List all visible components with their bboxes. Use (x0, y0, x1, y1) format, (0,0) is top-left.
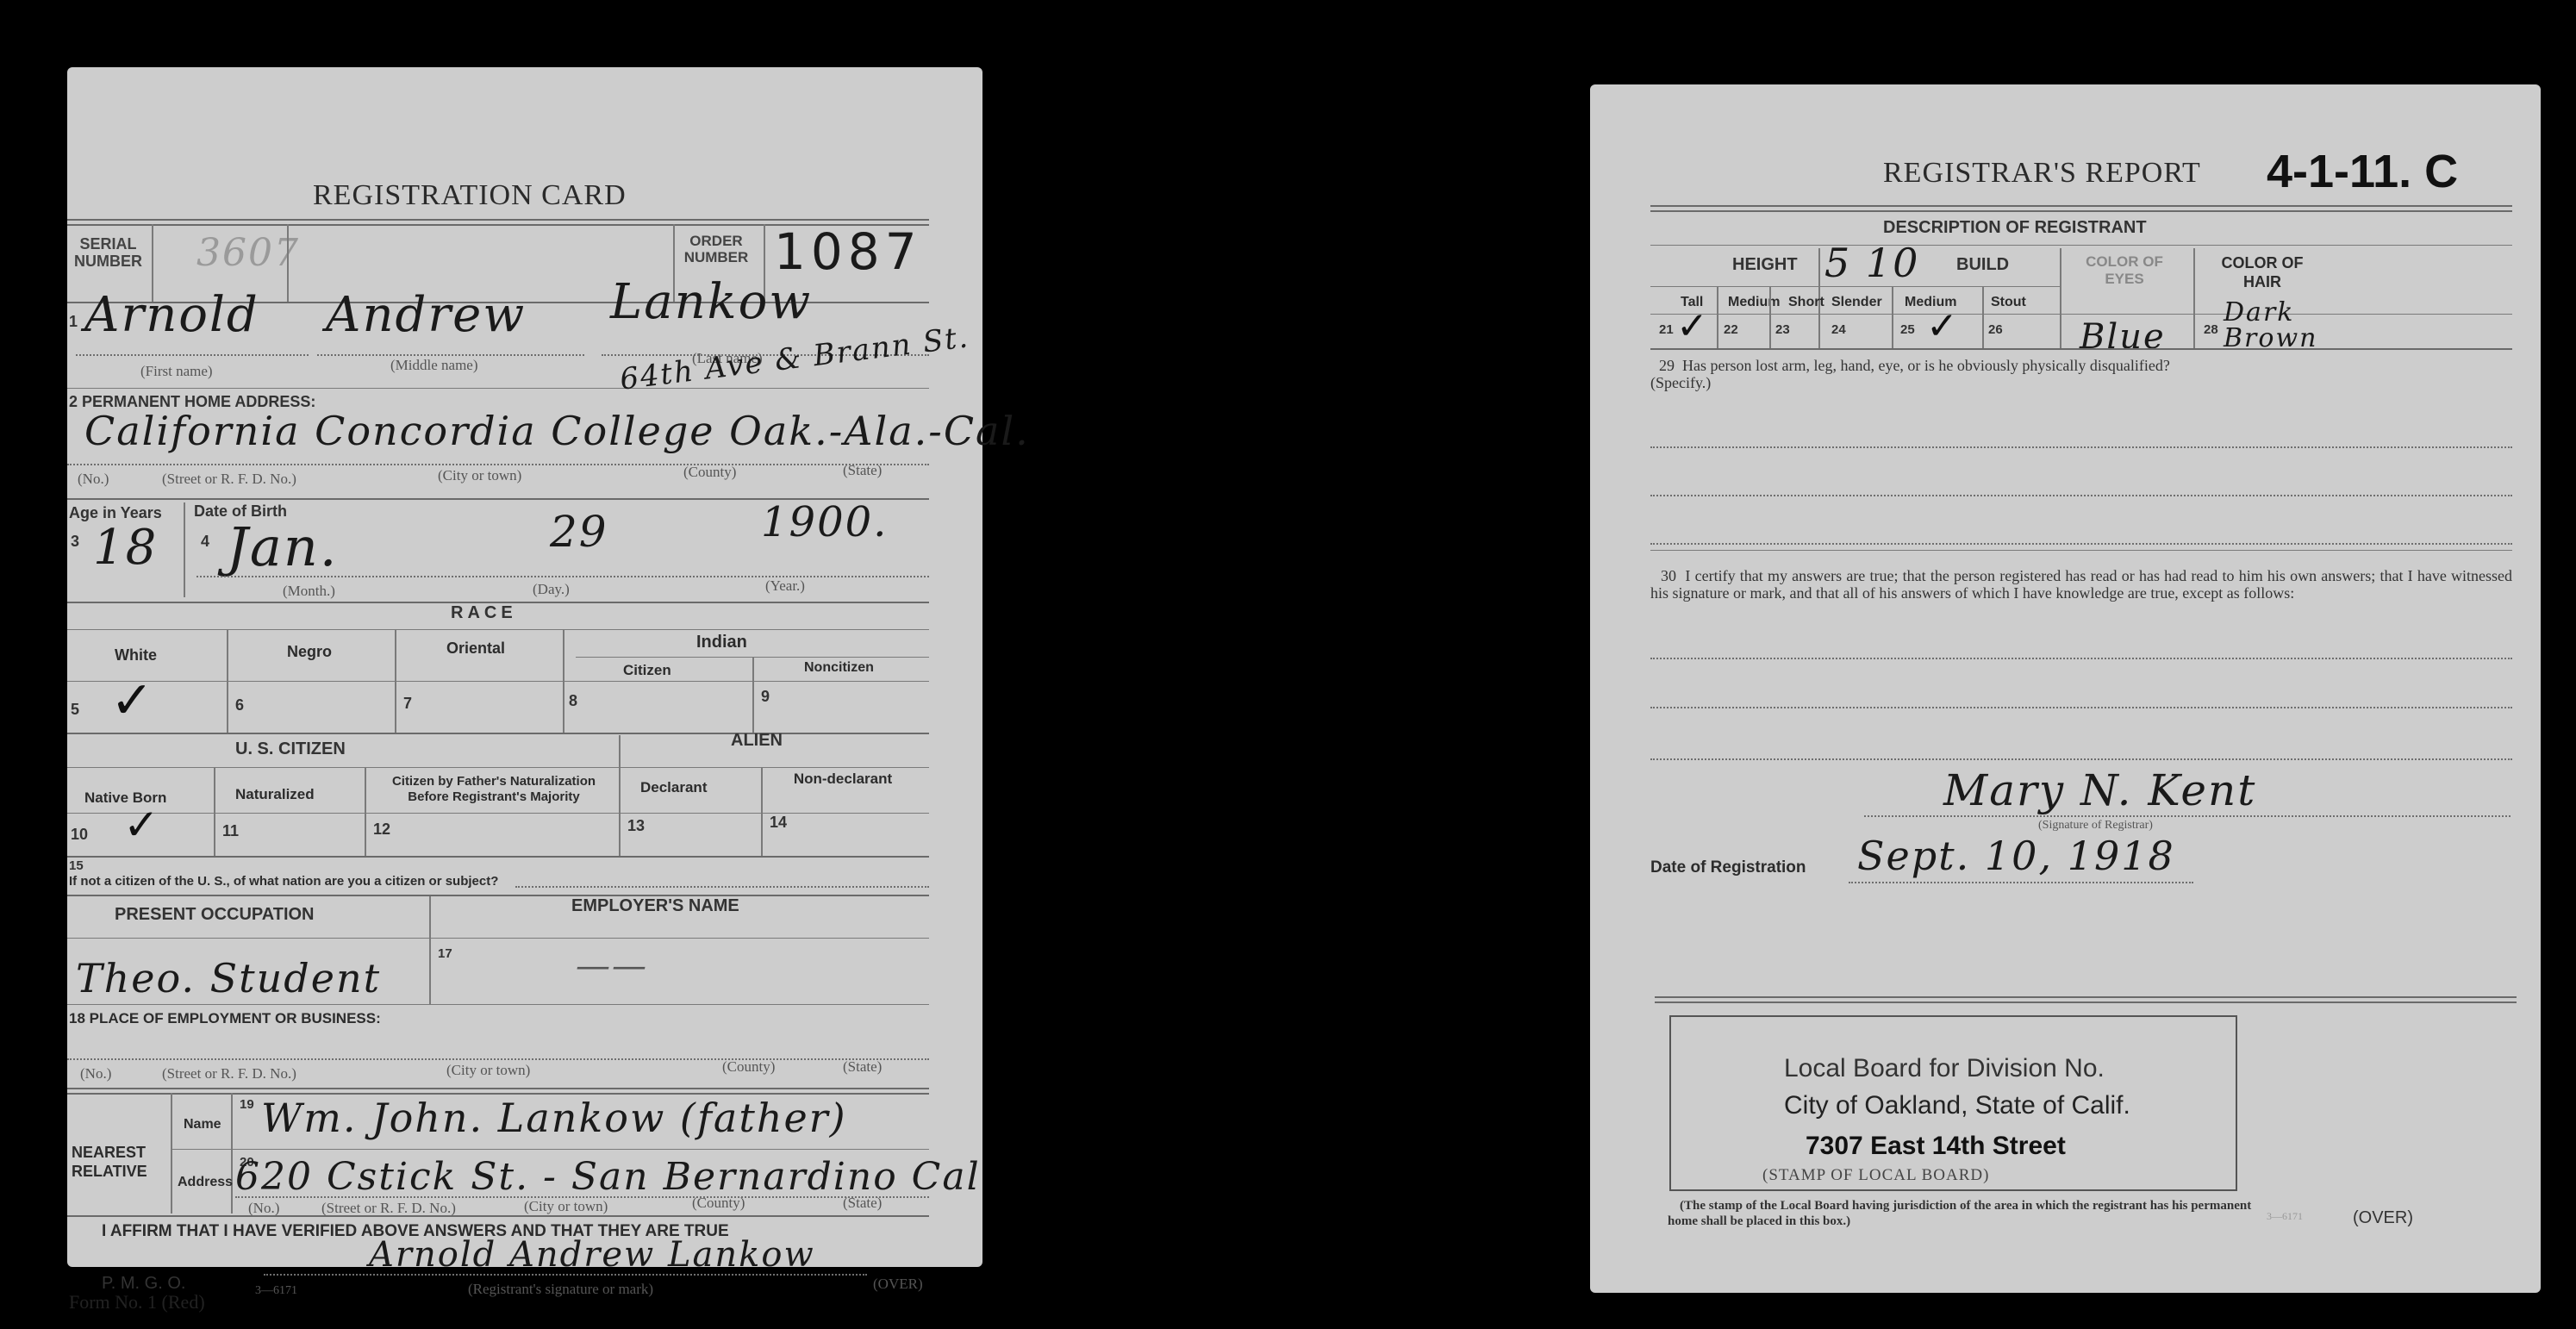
field-number: 15 (69, 858, 84, 873)
employer-value: —— (576, 946, 648, 986)
place-of-employment-label: 18 PLACE OF EMPLOYMENT OR BUSINESS: (69, 1010, 381, 1027)
specify-label: (Specify.) (1650, 374, 1711, 392)
divider (171, 1093, 172, 1214)
order-number-value: 1087 (774, 222, 922, 281)
race-white-label: White (115, 646, 157, 664)
employment-caption-state: (State) (843, 1058, 882, 1076)
divider (1650, 658, 2512, 659)
nation-question: If not a citizen of the U. S., of what n… (69, 874, 498, 889)
divider (67, 813, 929, 814)
divider (67, 938, 929, 939)
divider (1769, 286, 1771, 348)
relative-name: Wm. John. Lankow (father) (261, 1095, 847, 1141)
race-white-checkbox[interactable]: ✓ (110, 671, 153, 731)
employment-caption-street: (Street or R. F. D. No.) (162, 1065, 296, 1083)
report-title: REGISTRAR'S REPORT (1883, 157, 2201, 190)
month-caption: (Month.) (283, 583, 335, 600)
height-tall-checkbox[interactable]: ✓ (1676, 304, 1708, 348)
divider (67, 464, 929, 465)
address-caption-no: (No.) (78, 471, 109, 488)
relative-caption-no: (No.) (248, 1200, 279, 1217)
height-short-label: Short (1788, 295, 1824, 310)
hair-color-value: Dark Brown (2224, 300, 2292, 352)
divider (214, 767, 215, 856)
divider (1982, 286, 1984, 348)
occupation-label: PRESENT OCCUPATION (115, 905, 315, 925)
race-heading: RACE (451, 603, 517, 623)
stamp-line-2: City of Oakland, State of Calif. (1784, 1091, 2130, 1120)
serial-number-label: SERIAL NUMBER (67, 235, 149, 270)
form-number: Form No. 1 (Red) (69, 1291, 205, 1313)
over-label: (OVER) (873, 1276, 923, 1293)
report-code: 4-1-11. C (2267, 145, 2458, 198)
registrars-report-card: REGISTRAR'S REPORT 4-1-11. C DESCRIPTION… (1590, 84, 2541, 1293)
field-number: 6 (235, 696, 244, 714)
order-number-label: ORDER NUMBER (677, 233, 755, 265)
field-number: 22 (1724, 322, 1738, 337)
field-number: 19 (240, 1097, 254, 1112)
divider (1650, 348, 2512, 350)
alien-heading: ALIEN (731, 731, 783, 751)
non-declarant-label: Non-declarant (783, 771, 903, 788)
divider (1717, 286, 1718, 348)
divider (231, 1093, 233, 1214)
race-oriental-label: Oriental (446, 640, 505, 658)
divider (1892, 286, 1893, 348)
employment-caption-no: (No.) (80, 1065, 111, 1083)
field-number: 29 (1659, 357, 1675, 374)
relative-caption-county: (County) (692, 1195, 745, 1212)
question-30-text: I certify that my answers are true; that… (1650, 567, 2512, 602)
relative-caption-street: (Street or R. F. D. No.) (321, 1200, 456, 1217)
divider (67, 1058, 929, 1060)
divider (1650, 543, 2512, 545)
divider (67, 681, 929, 682)
description-heading: DESCRIPTION OF REGISTRANT (1883, 218, 2147, 238)
question-29: 29 Has person lost arm, leg, hand, eye, … (1659, 357, 2170, 375)
divider (67, 629, 929, 630)
field-number: 9 (761, 688, 770, 706)
divider (1650, 446, 2512, 448)
divider (184, 502, 185, 597)
year-caption: (Year.) (765, 577, 805, 595)
question-29-text: Has person lost arm, leg, hand, eye, or … (1682, 357, 2170, 374)
divider (1650, 707, 2512, 708)
divider (67, 388, 929, 389)
divider (619, 735, 621, 856)
divider (429, 896, 431, 1004)
eye-color-value: Blue (2080, 317, 2166, 357)
divider (67, 856, 929, 858)
field-number: 10 (71, 826, 88, 844)
divider (196, 576, 929, 577)
relative-address: 620 Cstick St. - San Bernardino Cal (235, 1155, 981, 1199)
divider (515, 886, 929, 888)
divider (67, 1004, 929, 1005)
divider (317, 354, 584, 356)
divider (761, 767, 763, 856)
divider (264, 1274, 867, 1276)
field-number: 4 (201, 533, 209, 551)
divider (1650, 758, 2512, 760)
day-caption: (Day.) (533, 581, 570, 598)
field-number: 26 (1988, 322, 2003, 337)
height-medium-label: Medium (1728, 295, 1780, 310)
field-number: 28 (2204, 322, 2218, 337)
registrar-signature: Mary N. Kent (1943, 765, 2256, 815)
field-number: 17 (438, 946, 452, 961)
build-label: BUILD (1956, 255, 2009, 275)
address-caption-county: (County) (683, 464, 736, 481)
divider (1650, 550, 2512, 551)
field-number: 5 (71, 701, 79, 719)
race-indian-noncitizen-label: Noncitizen (804, 660, 874, 676)
build-slender-label: Slender (1831, 295, 1882, 310)
us-citizen-heading: U. S. CITIZEN (235, 739, 346, 759)
signature-caption: (Registrant's signature or mark) (468, 1281, 653, 1298)
build-medium-checkbox[interactable]: ✓ (1926, 304, 1958, 348)
card-title: REGISTRATION CARD (313, 179, 627, 212)
divider (67, 1088, 929, 1095)
build-stout-label: Stout (1991, 295, 2026, 310)
divider (1650, 286, 2060, 287)
serial-number-value: 3607 (196, 231, 300, 275)
last-name: Lankow (610, 274, 812, 330)
registrant-signature: Arnold Andrew Lankow (369, 1235, 815, 1275)
stamp-line-1: Local Board for Division No. (1784, 1054, 2105, 1083)
divider (287, 224, 289, 302)
height-label: HEIGHT (1732, 255, 1798, 275)
address-caption-state: (State) (843, 462, 882, 479)
field-number: 23 (1775, 322, 1790, 337)
divider (76, 354, 309, 356)
relative-address-label: Address (178, 1175, 233, 1190)
home-address-line2: California Concordia College Oak.-Ala.-C… (84, 408, 1030, 454)
declarant-label: Declarant (640, 779, 707, 796)
field-number: 3 (71, 533, 79, 551)
divider (1655, 996, 2517, 1003)
native-born-checkbox[interactable]: ✓ (123, 800, 159, 850)
divider (1650, 205, 2512, 212)
stamp-line-3: 7307 East 14th Street (1806, 1132, 2066, 1161)
home-address-line1: 64th Ave & Brann St. (618, 320, 971, 396)
race-indian-citizen-label: Citizen (623, 662, 671, 679)
birth-day: 29 (550, 507, 608, 557)
field-number: 11 (222, 822, 239, 840)
registration-card: REGISTRATION CARD SERIAL NUMBER 3607 ORD… (67, 67, 982, 1267)
hair-color-label: COLOR OF HAIR (2206, 253, 2318, 291)
race-negro-label: Negro (287, 643, 332, 661)
address-caption-city: (City or town) (438, 467, 521, 484)
eye-color-label: COLOR OF EYES (2073, 253, 2176, 288)
divider (171, 1149, 929, 1150)
registrar-signature-caption: (Signature of Registrar) (2038, 819, 2153, 833)
divider (2193, 248, 2195, 348)
birth-month: Jan. (227, 515, 338, 578)
age-value: 18 (93, 520, 158, 576)
print-code: 3—6171 (2267, 1210, 2303, 1223)
first-name-caption: (First name) (140, 363, 213, 380)
divider (67, 1215, 929, 1217)
divider (1650, 314, 2512, 315)
field-number: 14 (770, 814, 787, 832)
citizen-by-father-label: Citizen by Father's Naturalization Befor… (377, 774, 610, 805)
employment-caption-county: (County) (722, 1058, 775, 1076)
relative-caption-state: (State) (843, 1195, 882, 1212)
stamp-caption: (STAMP OF LOCAL BOARD) (1762, 1166, 1989, 1185)
divider (1650, 495, 2512, 496)
field-number: 12 (373, 820, 390, 839)
field-number: 8 (569, 692, 577, 710)
field-number: 25 (1900, 322, 1915, 337)
divider (67, 895, 929, 896)
first-name: Arnold (84, 287, 259, 343)
divider (1849, 882, 2193, 883)
employment-caption-city: (City or town) (446, 1062, 530, 1079)
question-30: 30 I certify that my answers are true; t… (1650, 567, 2512, 602)
indian-heading: Indian (696, 633, 747, 652)
divider (2060, 248, 2061, 348)
divider (365, 767, 366, 856)
relative-name-label: Name (184, 1117, 221, 1132)
over-label: (OVER) (2353, 1208, 2413, 1228)
middle-name: Andrew (326, 287, 526, 343)
nearest-relative-label: NEAREST RELATIVE (72, 1143, 166, 1181)
naturalized-label: Naturalized (235, 786, 315, 803)
divider (67, 767, 929, 768)
middle-name-caption: (Middle name) (390, 357, 478, 374)
occupation-value: Theo. Student (76, 955, 381, 1001)
height-value: 5 10 (1824, 240, 1919, 286)
field-number: 24 (1831, 322, 1846, 337)
divider (1650, 245, 2512, 246)
field-number: 21 (1659, 322, 1674, 337)
address-caption-street: (Street or R. F. D. No.) (162, 471, 296, 488)
field-number: 13 (627, 817, 645, 835)
date-of-registration-value: Sept. 10, 1918 (1857, 833, 2175, 879)
stamp-note: (The stamp of the Local Board having jur… (1668, 1198, 2254, 1229)
divider (752, 657, 754, 733)
print-code: 3—6171 (255, 1284, 297, 1298)
field-number: 7 (403, 695, 412, 713)
divider (67, 733, 929, 734)
date-of-registration-label: Date of Registration (1650, 858, 1806, 877)
relative-caption-city: (City or town) (524, 1198, 608, 1215)
divider (1864, 815, 2511, 817)
birth-year: 1900. (761, 498, 888, 546)
field-number: 1 (69, 313, 78, 331)
employer-label: EMPLOYER'S NAME (571, 896, 739, 916)
field-number: 30 (1661, 567, 1676, 584)
